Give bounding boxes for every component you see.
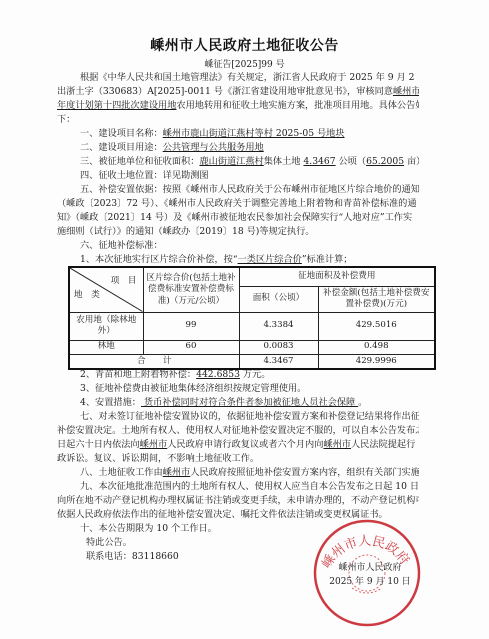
item-land-area: 三、被征地单位和征收面积：鹿山街道江燕村集体土地 4.3467 公顷（65.20…	[80, 156, 419, 168]
item-basis-cont: 知》（嵊政〔2021〕14 号）及《嵊州市被征地农民参加社会保障实行“人地对应”…	[57, 212, 419, 224]
item-implementation: 八、土地征收工作由嵊州市人民政府按照征地补偿安置方案内容，组织有关部门实施。	[80, 467, 419, 479]
table-row: 林地 60 0.0083 0.498	[69, 340, 435, 354]
item-appeal: 七、对未签订征地补偿安置协议的，依据征地补偿安置方案和补偿登记结果将作出征地	[80, 411, 419, 423]
issuer-name: 嵊州市人民政府	[300, 560, 440, 573]
item-appeal-cont: 补偿安置决定。土地所有权人、使用权人对征地补偿安置决定不服的，可以自本公告发布之	[57, 425, 419, 437]
item-compensation-standard: 六、征地补偿标准：	[80, 240, 419, 252]
item-compensation-3: 3、征地补偿费由被征地集体经济组织按规定管理使用。	[80, 383, 419, 395]
table-header-price: 区片综合价(包括土地补偿费标准安置补偿费标准)（万元/公顷）	[143, 267, 239, 312]
compensation-table: 项 目 地 类 区片综合价(包括土地补偿费标准安置补偿费标准)（万元/公顷） 征…	[68, 266, 436, 370]
intro-line: 根据《中华人民共和国土地管理法》有关规定，浙江省人民政府于 2025 年 9 月…	[80, 72, 419, 84]
item-registration: 九、本次征地批准范围内的土地所有权人、使用权人应当自本公告发布之日起 10 日内	[80, 481, 419, 493]
item-basis-cont: 施细则（试行）》的通知（嵊政办〔2019〕18 号)等规定执行。	[57, 226, 419, 238]
page-title: 嵊州市人民政府土地征收公告	[0, 35, 489, 55]
intro-line: 出浙土字（330683）A[2025]-0011 号《浙江省建设用地审批意见书》…	[57, 86, 419, 98]
item-basis-cont: （嵊政〔2023〕72 号）、《嵊州市人民政府关于调整完善地上附着物和青苗补偿标…	[57, 198, 419, 210]
table-total-row: 合 计 4.3467 429.9996	[69, 354, 435, 369]
official-seal-icon: 嵊州市人民政府	[312, 518, 422, 628]
table-header-group: 征地面积及补偿费用	[239, 267, 435, 286]
table-row: 农用地（除林地外） 99 4.3384 429.5016	[69, 312, 435, 340]
issue-date: 2025 年 9 月 10 日	[300, 574, 440, 587]
item-project-use: 二、建设项目用途：公共管理与公共服务用地	[80, 142, 419, 154]
table-corner-header: 项 目 地 类	[69, 267, 143, 312]
item-compensation-4: 4、安置措施： 货币补偿同时对符合条件者参加被征地人员社会保障 。	[80, 397, 419, 409]
document-number: 嵊征告[2025]99 号	[0, 57, 489, 70]
intro-line: 下：	[57, 114, 419, 126]
item-basis: 五、补偿安置依据：按照《嵊州市人民政府关于公布嵊州市征地区片综合地价的通知》	[80, 184, 419, 196]
table-header-area: 面积（公顷）	[239, 286, 318, 312]
item-appeal-cont: 日起六十日内依法向嵊州市人民政府申请行政复议或者六个月内向嵊州市人民法院提起行	[57, 439, 419, 451]
table-header-amount: 补偿金额(包括土地补偿费安置补偿费)(万元)	[318, 286, 435, 312]
item-compensation-2: 2、青苗和地上附着物补偿：442.6853 万元。	[80, 369, 419, 381]
item-registration-cont: 向所在地不动产登记机构办理权属证书注销或变更手续，未申请办理的，不动产登记机构可	[57, 495, 419, 507]
intro-line: 年度计划第十四批次建设用地农用地转用和征收土地实施方案，批准项目用地。具体公告如	[57, 100, 419, 112]
announcement-page: 嵊州市人民政府土地征收公告 嵊征告[2025]99 号 根据《中华人民共和国土地…	[0, 0, 489, 639]
item-project-name: 一、建设项目名称：嵊州市鹿山街道江燕村等村 2025-05 号地块	[80, 128, 419, 140]
item-appeal-cont: 政诉讼。复议、诉讼期间，不影响土地征收工作。	[57, 453, 419, 465]
item-location: 四、征收土地位置：详见勘测图	[80, 170, 419, 182]
item-compensation-1: 1、本次征地实行区片综合价补偿，按“一类区片综合价”标准计算；	[80, 254, 419, 266]
